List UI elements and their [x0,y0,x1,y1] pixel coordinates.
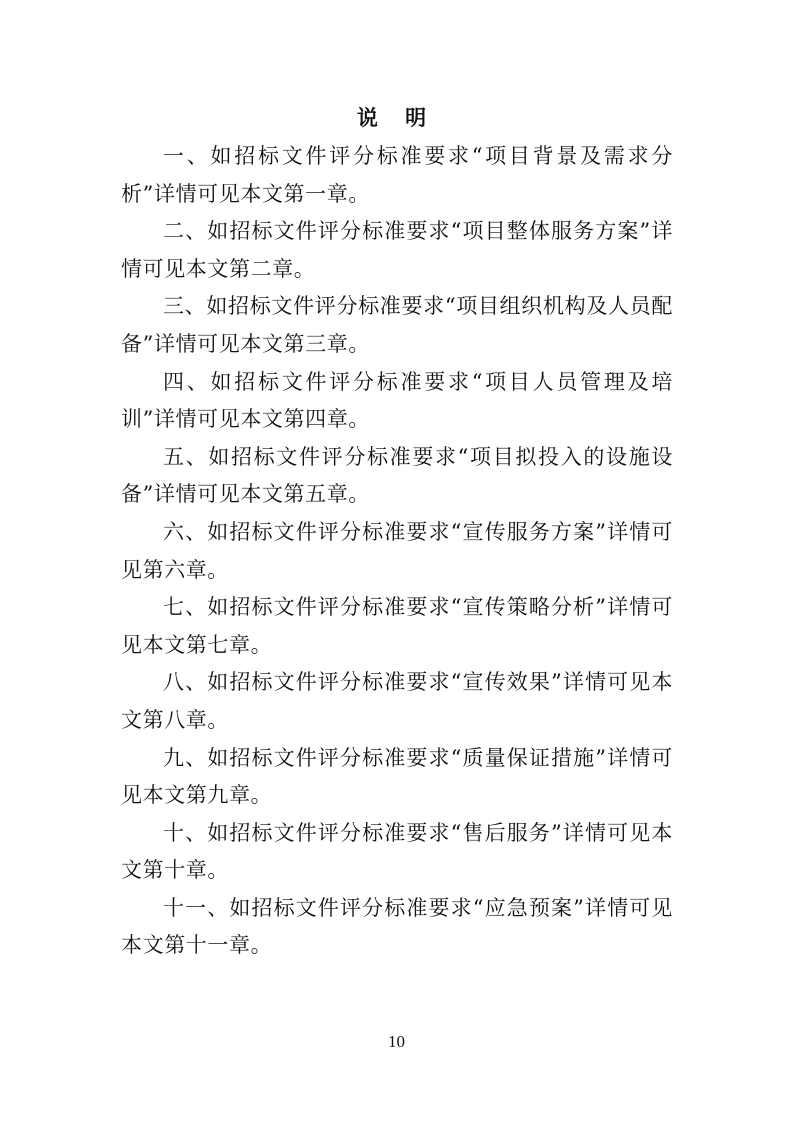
paragraph-1: 一、如招标文件评分标准要求“项目背景及需求分析”详情可见本文第一章。 [121,138,673,213]
paragraph-7: 七、如招标文件评分标准要求“宣传策略分析”详情可见本文第七章。 [121,589,673,664]
explanation-list: 一、如招标文件评分标准要求“项目背景及需求分析”详情可见本文第一章。 二、如招标… [121,138,673,965]
paragraph-10: 十、如招标文件评分标准要求“售后服务”详情可见本文第十章。 [121,815,673,890]
paragraph-8: 八、如招标文件评分标准要求“宣传效果”详情可见本文第八章。 [121,664,673,739]
paragraph-11: 十一、如招标文件评分标准要求“应急预案”详情可见本文第十一章。 [121,890,673,965]
document-page: 说 明 一、如招标文件评分标准要求“项目背景及需求分析”详情可见本文第一章。 二… [0,0,793,1122]
paragraph-6: 六、如招标文件评分标准要求“宣传服务方案”详情可见第六章。 [121,514,673,589]
paragraph-5: 五、如招标文件评分标准要求“项目拟投入的设施设备”详情可见本文第五章。 [121,439,673,514]
paragraph-4: 四、如招标文件评分标准要求“项目人员管理及培训”详情可见本文第四章。 [121,364,673,439]
page-title: 说 明 [0,104,793,132]
paragraph-3: 三、如招标文件评分标准要求“项目组织机构及人员配备”详情可见本文第三章。 [121,288,673,363]
page-number: 10 [0,1031,793,1053]
paragraph-9: 九、如招标文件评分标准要求“质量保证措施”详情可见本文第九章。 [121,740,673,815]
paragraph-2: 二、如招标文件评分标准要求“项目整体服务方案”详情可见本文第二章。 [121,213,673,288]
